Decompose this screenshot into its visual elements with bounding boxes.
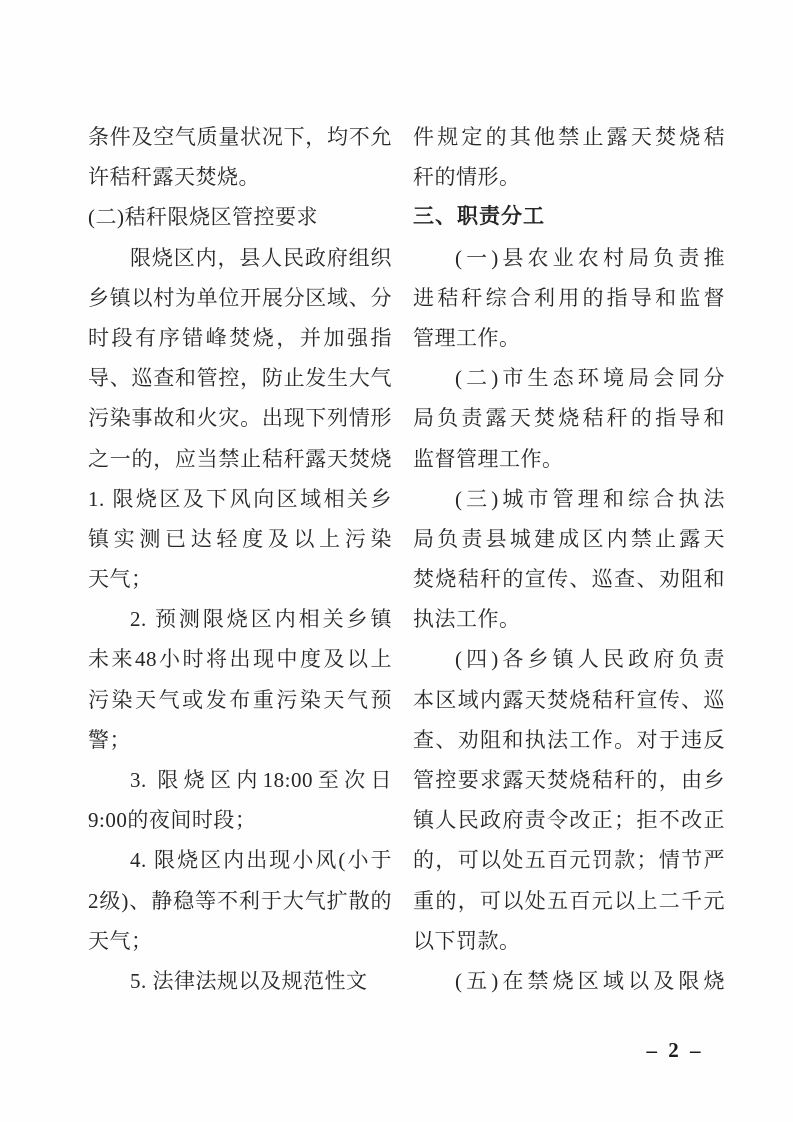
document-page: 条件及空气质量状况下，均不允许秸秆露天焚烧。(二)秸秆限烧区管控要求限烧区内，县… [0,0,793,1122]
text-line: 进秸秆综合利用的指导和监督 [413,278,725,318]
text-line: 天气； [88,559,392,599]
text-line: 1. 限烧区及下风向区域相关乡 [88,479,392,519]
text-line: 件规定的其他禁止露天焚烧秸 [413,117,725,157]
text-line: 污染天气或发布重污染天气预 [88,680,392,720]
text-line: 污染事故和火灾。出现下列情形 [88,398,392,438]
text-line: 条件及空气质量状况下，均不允 [88,117,392,157]
right-column: 件规定的其他禁止露天焚烧秸秆的情形。三、职责分工(一)县农业农村局负责推进秸秆综… [413,117,725,1001]
text-line: 重的，可以处五百元以上二千元 [413,881,725,921]
text-line: 时段有序错峰焚烧，并加强指 [88,318,392,358]
text-line: 管理工作。 [413,318,725,358]
text-line: 局负责县城建成区内禁止露天 [413,519,725,559]
text-columns: 条件及空气质量状况下，均不允许秸秆露天焚烧。(二)秸秆限烧区管控要求限烧区内，县… [88,117,725,1001]
text-line: 导、巡查和管控，防止发生大气 [88,358,392,398]
text-line: 镇实测已达轻度及以上污染 [88,519,392,559]
text-line: (五)在禁烧区域以及限烧 [413,961,725,1001]
text-line: 4. 限烧区内出现小风(小于 [88,840,392,880]
text-line: 局负责露天焚烧秸秆的指导和 [413,398,725,438]
text-line: 天气； [88,921,392,961]
text-line: 查、劝阻和执法工作。对于违反 [413,720,725,760]
text-line: 本区域内露天焚烧秸秆宣传、巡 [413,680,725,720]
text-line: 未来48小时将出现中度及以上 [88,639,392,679]
text-line: 以下罚款。 [413,921,725,961]
text-line: (三)城市管理和综合执法 [413,479,725,519]
text-line: 3. 限烧区内18:00至次日 [88,760,392,800]
text-line: 之一的，应当禁止秸秆露天焚烧 [88,439,392,479]
left-column: 条件及空气质量状况下，均不允许秸秆露天焚烧。(二)秸秆限烧区管控要求限烧区内，县… [88,117,392,1001]
text-line: 2. 预测限烧区内相关乡镇 [88,599,392,639]
page-number: – 2 – [628,1038,722,1063]
text-line: 执法工作。 [413,599,725,639]
text-line: 警； [88,720,392,760]
section-heading: 三、职责分工 [413,197,725,237]
text-line: 9:00的夜间时段； [88,800,392,840]
text-line: 的，可以处五百元罚款；情节严 [413,840,725,880]
text-line: (二)市生态环境局会同分 [413,358,725,398]
text-line: 秆的情形。 [413,157,725,197]
text-line: 焚烧秸秆的宣传、巡查、劝阻和 [413,559,725,599]
text-line: 乡镇以村为单位开展分区域、分 [88,278,392,318]
text-line: (四)各乡镇人民政府负责 [413,639,725,679]
text-line: (二)秸秆限烧区管控要求 [88,197,392,237]
text-line: (一)县农业农村局负责推 [413,238,725,278]
text-line: 限烧区内，县人民政府组织 [88,238,392,278]
text-line: 管控要求露天焚烧秸秆的，由乡 [413,760,725,800]
text-line: 2级)、静稳等不利于大气扩散的 [88,881,392,921]
text-line: 许秸秆露天焚烧。 [88,157,392,197]
text-line: 监督管理工作。 [413,439,725,479]
text-line: 镇人民政府责令改正；拒不改正 [413,800,725,840]
text-line: 5. 法律法规以及规范性文 [88,961,392,1001]
